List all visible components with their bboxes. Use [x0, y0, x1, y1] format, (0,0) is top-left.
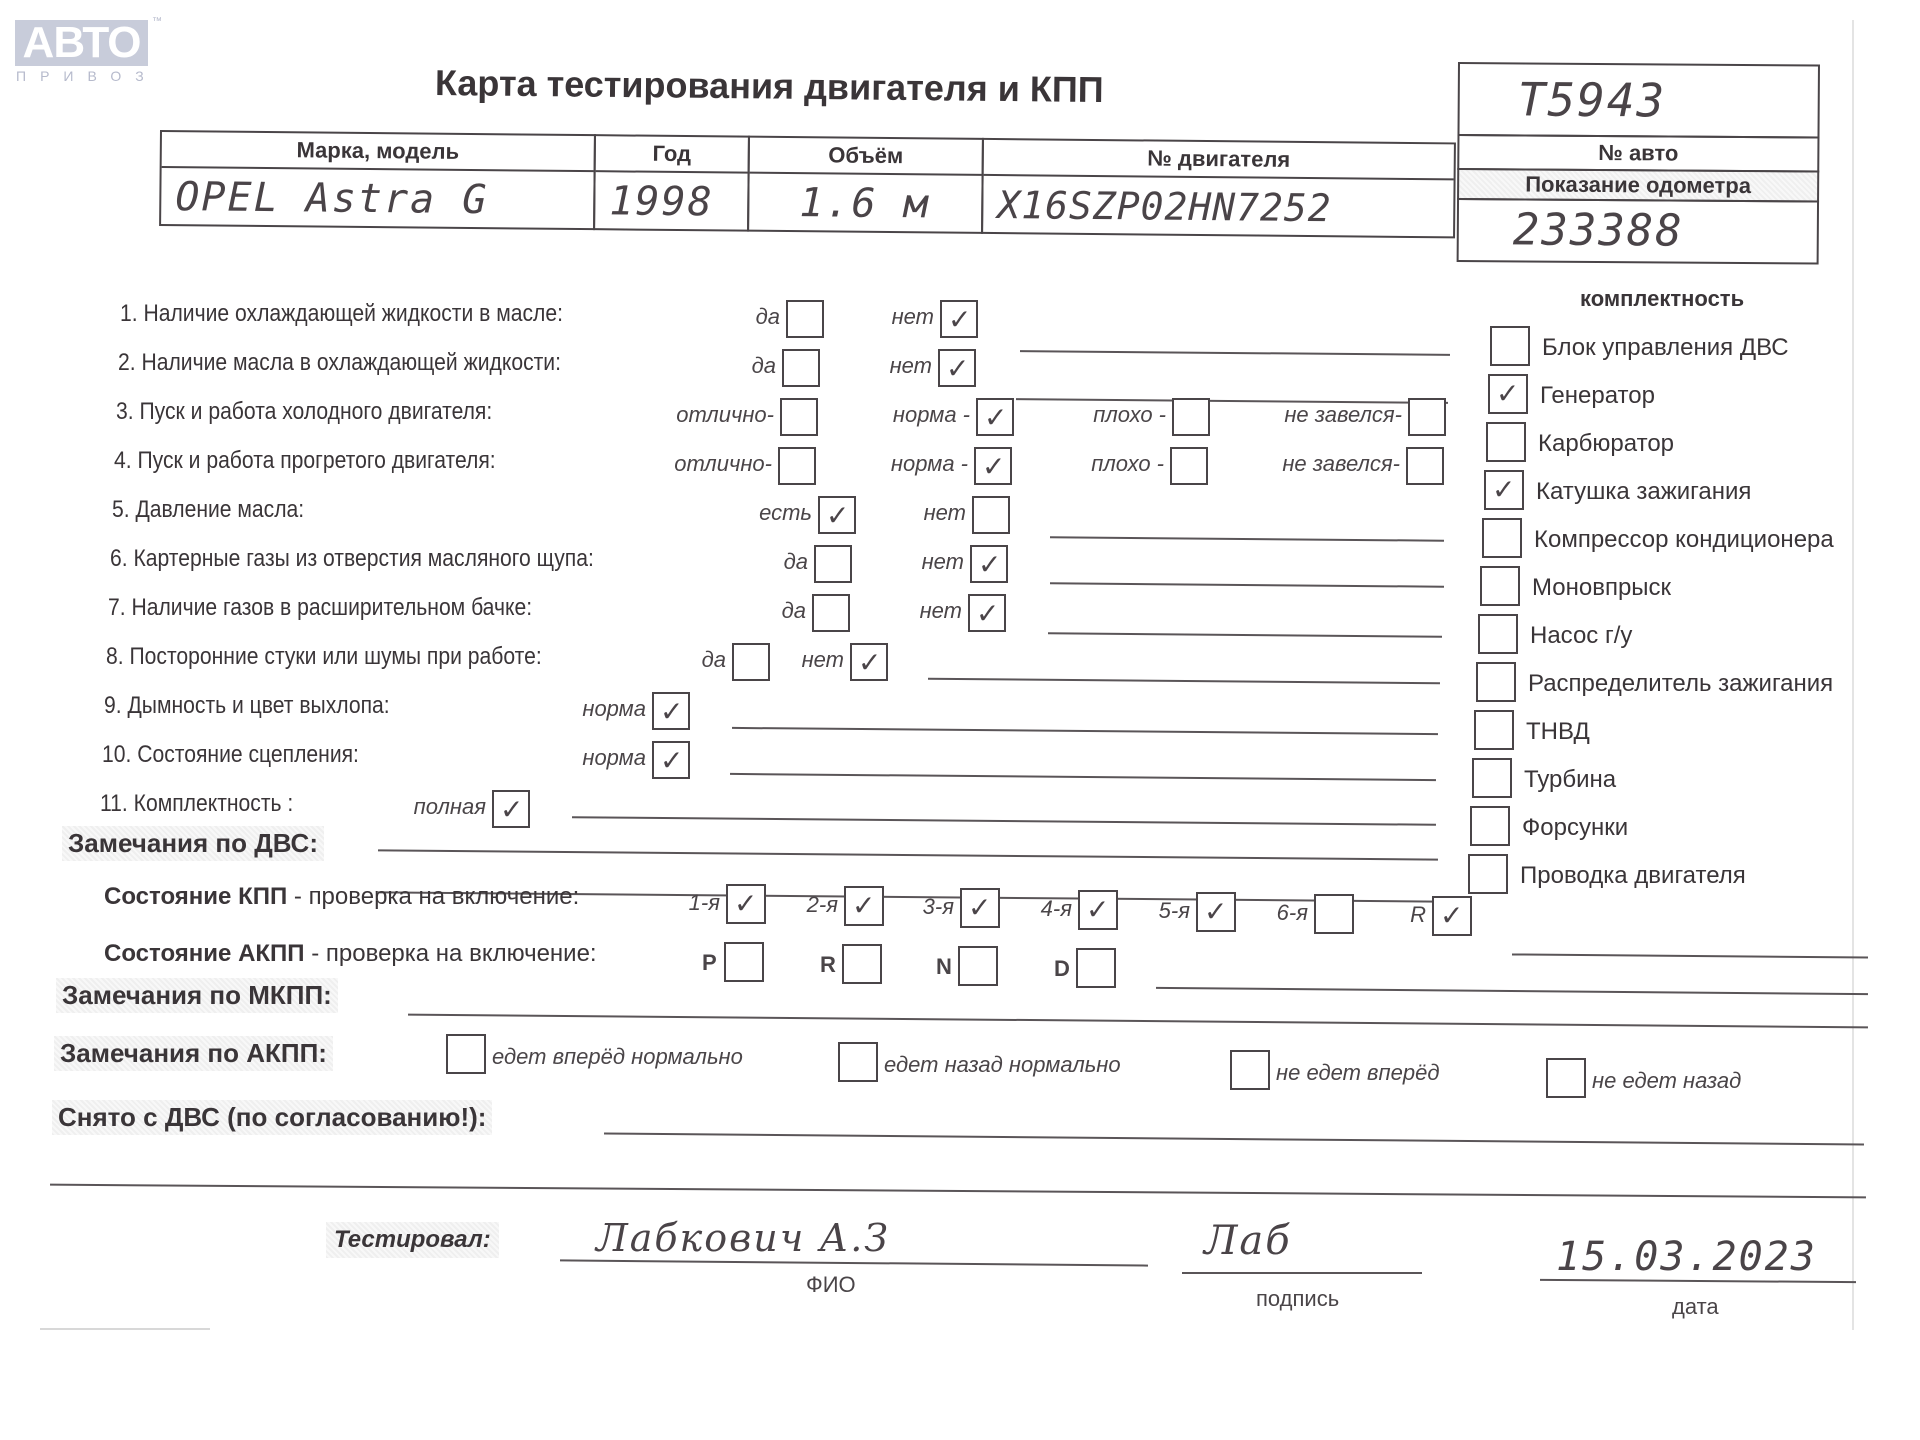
- tester-signature[interactable]: Лаб: [1204, 1218, 1292, 1264]
- question-6-option-1-label: да: [658, 549, 808, 575]
- completeness-9-label: ТНВД: [1526, 718, 1590, 746]
- akpp-d-label: D: [1054, 956, 1070, 982]
- question-5-option-1-label: есть: [662, 500, 812, 526]
- completeness-title: комплектность: [1580, 286, 1744, 312]
- completeness-6-checkbox[interactable]: [1480, 566, 1520, 606]
- question-3-option-4-checkbox[interactable]: [1408, 398, 1446, 436]
- gear-4-label: 4-я: [1012, 896, 1072, 922]
- check-mark-icon: ✓: [1204, 894, 1227, 930]
- logo-trademark: ™: [152, 16, 162, 27]
- question-3-option-3-label: плохо -: [1016, 402, 1166, 428]
- completeness-10-checkbox[interactable]: [1472, 758, 1512, 798]
- question-3-option-4-label: не завелся-: [1252, 402, 1402, 428]
- question-4-option-1-checkbox[interactable]: [778, 447, 816, 485]
- gear-2-checkbox[interactable]: ✓: [844, 886, 884, 926]
- check-mark-icon: ✓: [858, 645, 881, 681]
- date-caption: дата: [1672, 1294, 1719, 1320]
- engine-remarks-label: Замечания по ДВС:: [62, 826, 324, 861]
- question-4-option-4-label: не завелся-: [1250, 451, 1400, 477]
- year-value[interactable]: 1998: [595, 172, 748, 231]
- gear-4-checkbox[interactable]: ✓: [1078, 890, 1118, 930]
- completeness-4-checkbox[interactable]: ✓: [1484, 470, 1524, 510]
- question-10-label: 10. Состояние сцепления:: [102, 741, 359, 769]
- tester-name[interactable]: Лабкович А.З: [596, 1216, 890, 1260]
- question-7-label: 7. Наличие газов в расширительном бачке:: [108, 594, 532, 622]
- question-4-option-1-label: отлично-: [622, 451, 772, 477]
- auto-number-label: № авто: [1459, 136, 1817, 170]
- check-mark-icon: ✓: [1496, 376, 1519, 412]
- section-divider: [50, 1184, 1866, 1199]
- akpp-r-label: R: [820, 952, 836, 978]
- gear-5-checkbox[interactable]: ✓: [1196, 892, 1236, 932]
- question-2-option-2-checkbox[interactable]: ✓: [938, 349, 976, 387]
- question-11-option-1-label: полная: [336, 794, 486, 820]
- question-3-option-2-checkbox[interactable]: ✓: [976, 398, 1014, 436]
- odometer-value[interactable]: 233388: [1459, 200, 1817, 262]
- gear-7-checkbox[interactable]: ✓: [1432, 896, 1472, 936]
- question-9-option-1-checkbox[interactable]: ✓: [652, 692, 690, 730]
- auto-gearbox-notes-line[interactable]: [1156, 987, 1868, 995]
- volume-cell: Объём 1.6 м: [747, 136, 984, 234]
- odometer-value-cell: 233388: [1457, 198, 1819, 265]
- completeness-3-label: Карбюратор: [1538, 430, 1674, 458]
- question-3-option-1-checkbox[interactable]: [780, 398, 818, 436]
- signature-caption: подпись: [1256, 1286, 1339, 1312]
- akpp-p-label: P: [702, 950, 717, 976]
- question-7-option-1-label: да: [656, 598, 806, 624]
- question-2-option-1-label: да: [626, 353, 776, 379]
- gear-3-checkbox[interactable]: ✓: [960, 888, 1000, 928]
- question-1-label: 1. Наличие охлаждающей жидкости в масле:: [120, 300, 563, 328]
- question-7-option-2-label: нет: [812, 598, 962, 624]
- akpp-d-checkbox[interactable]: [1076, 948, 1116, 988]
- gear-5-label: 5-я: [1130, 898, 1190, 924]
- completeness-5-checkbox[interactable]: [1482, 518, 1522, 558]
- gear-1-checkbox[interactable]: ✓: [726, 884, 766, 924]
- akpp-remark-2-label: едет назад нормально: [884, 1052, 1121, 1078]
- question-4-option-2-checkbox[interactable]: ✓: [974, 447, 1012, 485]
- check-mark-icon: ✓: [1492, 472, 1515, 508]
- completeness-4-label: Катушка зажигания: [1536, 478, 1751, 506]
- manual-gearbox-label: Состояние КПП - проверка на включение:: [104, 883, 579, 911]
- completeness-11-label: Форсунки: [1522, 814, 1628, 842]
- completeness-1-label: Блок управления ДВС: [1542, 334, 1789, 362]
- akpp-r-checkbox[interactable]: [842, 944, 882, 984]
- volume-value[interactable]: 1.6 м: [749, 174, 982, 234]
- question-5-option-2-label: нет: [816, 500, 966, 526]
- question-7-option-2-checkbox[interactable]: ✓: [968, 594, 1006, 632]
- question-11-label: 11. Комплектность :: [100, 790, 293, 818]
- completeness-10-label: Турбина: [1524, 766, 1616, 794]
- gear-6-label: 6-я: [1248, 900, 1308, 926]
- manual-gearbox-notes-line[interactable]: [1512, 953, 1868, 958]
- vehicle-info-table: Марка, модель OPEL Astra G Год 1998 Объё…: [159, 130, 1456, 238]
- auto-odometer-box: T5943 № авто Показание одометра 233388: [1457, 62, 1820, 275]
- completeness-9-checkbox[interactable]: [1474, 710, 1514, 750]
- question-6-option-2-label: нет: [814, 549, 964, 575]
- question-5-label: 5. Давление масла:: [112, 496, 304, 524]
- auto-gearbox-label-rest: - проверка на включение:: [305, 940, 597, 967]
- make-model-value[interactable]: OPEL Astra G: [161, 168, 594, 230]
- completeness-12-checkbox[interactable]: [1468, 854, 1508, 894]
- name-caption: ФИО: [806, 1272, 856, 1298]
- check-mark-icon: ✓: [852, 888, 875, 924]
- question-10-notes-line[interactable]: [730, 773, 1436, 781]
- logo-text: АВТО: [23, 18, 141, 67]
- gear-7-label: R: [1366, 902, 1426, 928]
- check-mark-icon: ✓: [948, 302, 971, 338]
- question-4-option-3-checkbox[interactable]: [1170, 447, 1208, 485]
- question-6-option-2-checkbox[interactable]: ✓: [970, 545, 1008, 583]
- akpp-remark-2-checkbox[interactable]: [838, 1042, 878, 1082]
- question-3-option-2-label: норма -: [820, 402, 970, 428]
- question-5-option-2-checkbox[interactable]: [972, 496, 1010, 534]
- check-mark-icon: ✓: [734, 886, 757, 922]
- question-11-option-1-checkbox[interactable]: ✓: [492, 790, 530, 828]
- completeness-5-label: Компрессор кондиционера: [1534, 526, 1834, 554]
- removed-label: Снято с ДВС (по согласованию!):: [52, 1100, 492, 1135]
- year-header: Год: [596, 136, 748, 173]
- tested-by-label: Тестировал:: [326, 1222, 499, 1258]
- document-title: Карта тестирования двигателя и КПП: [435, 62, 1104, 111]
- check-mark-icon: ✓: [660, 743, 683, 779]
- question-4-option-3-label: плохо -: [1014, 451, 1164, 477]
- question-6-label: 6. Картерные газы из отверстия масляного…: [110, 545, 594, 573]
- manual-remarks-input[interactable]: [408, 1014, 1868, 1029]
- completeness-7-label: Насос г/у: [1530, 622, 1632, 650]
- completeness-2-checkbox[interactable]: ✓: [1488, 374, 1528, 414]
- manual-remarks-label: Замечания по МКПП:: [56, 978, 338, 1013]
- check-mark-icon: ✓: [1086, 892, 1109, 928]
- engine-number-cell: № двигателя X16SZP02HN7252: [981, 138, 1456, 239]
- completeness-8-label: Распределитель зажигания: [1528, 670, 1833, 698]
- question-3-option-3-checkbox[interactable]: [1172, 398, 1210, 436]
- question-4-label: 4. Пуск и работа прогретого двигателя:: [114, 447, 496, 475]
- check-mark-icon: ✓: [968, 890, 991, 926]
- engine-number-header: № двигателя: [984, 140, 1454, 181]
- gear-1-label: 1-я: [660, 890, 720, 916]
- make-model-header: Марка, модель: [162, 132, 594, 172]
- question-5-notes-line[interactable]: [1050, 536, 1444, 541]
- question-7-notes-line[interactable]: [1048, 632, 1442, 637]
- question-8-option-2-checkbox[interactable]: ✓: [850, 643, 888, 681]
- akpp-remark-4-checkbox[interactable]: [1546, 1058, 1586, 1098]
- question-6-notes-line[interactable]: [1050, 582, 1444, 587]
- auto-number-value[interactable]: T5943: [1459, 64, 1817, 136]
- question-1-option-1-label: да: [630, 304, 780, 330]
- akpp-remark-1-label: едет вперёд нормально: [492, 1044, 743, 1070]
- question-9-label: 9. Дымность и цвет выхлопа:: [104, 692, 390, 720]
- question-3-label: 3. Пуск и работа холодного двигателя:: [116, 398, 492, 426]
- question-10-option-1-label: норма: [496, 745, 646, 771]
- odometer-label: Показание одометра: [1459, 170, 1817, 200]
- engine-remarks-input[interactable]: [378, 849, 1438, 860]
- check-mark-icon: ✓: [982, 449, 1005, 485]
- gear-6-checkbox[interactable]: [1314, 894, 1354, 934]
- make-model-cell: Марка, модель OPEL Astra G: [159, 130, 596, 230]
- question-1-option-2-checkbox[interactable]: ✓: [940, 300, 978, 338]
- question-1-notes-line[interactable]: [1020, 350, 1450, 356]
- engine-number-value[interactable]: X16SZP02HN7252: [983, 176, 1454, 239]
- page-edge-bottom: [40, 1328, 210, 1330]
- question-9-option-1-label: норма: [496, 696, 646, 722]
- akpp-remark-3-label: не едет вперёд: [1276, 1060, 1440, 1086]
- check-mark-icon: ✓: [976, 596, 999, 632]
- completeness-6-label: Моновпрыск: [1532, 574, 1671, 602]
- auto-remarks-label: Замечания по АКПП:: [54, 1036, 333, 1071]
- akpp-p-checkbox[interactable]: [724, 942, 764, 982]
- manual-gearbox-label-rest: - проверка на включение:: [287, 883, 579, 910]
- signature-line: [1182, 1272, 1422, 1274]
- check-mark-icon: ✓: [500, 792, 523, 828]
- auto-gearbox-label-bold: Состояние АКПП: [104, 940, 305, 967]
- odometer-label-cell: Показание одометра: [1457, 168, 1819, 203]
- tester-name-line: [560, 1259, 1148, 1266]
- completeness-8-checkbox[interactable]: [1476, 662, 1516, 702]
- test-date[interactable]: 15.03.2023: [1556, 1234, 1817, 1280]
- page-edge: [1852, 20, 1854, 1330]
- akpp-remark-1-checkbox[interactable]: [446, 1034, 486, 1074]
- completeness-1-checkbox[interactable]: [1490, 326, 1530, 366]
- completeness-7-checkbox[interactable]: [1478, 614, 1518, 654]
- check-mark-icon: ✓: [660, 694, 683, 730]
- akpp-remark-3-checkbox[interactable]: [1230, 1050, 1270, 1090]
- gear-2-label: 2-я: [778, 892, 838, 918]
- year-cell: Год 1998: [593, 134, 750, 231]
- question-2-option-2-label: нет: [782, 353, 932, 379]
- question-1-option-2-label: нет: [784, 304, 934, 330]
- akpp-remark-4-label: не едет назад: [1592, 1068, 1741, 1094]
- check-mark-icon: ✓: [984, 400, 1007, 436]
- manual-gearbox-label-bold: Состояние КПП: [104, 883, 287, 910]
- completeness-2-label: Генератор: [1540, 382, 1655, 410]
- question-8-label: 8. Посторонние стуки или шумы при работе…: [106, 643, 542, 671]
- check-mark-icon: ✓: [1440, 898, 1463, 934]
- akpp-n-label: N: [936, 954, 952, 980]
- akpp-n-checkbox[interactable]: [958, 946, 998, 986]
- question-4-option-4-checkbox[interactable]: [1406, 447, 1444, 485]
- auto-number-cell: T5943: [1457, 62, 1820, 139]
- question-8-notes-line[interactable]: [928, 678, 1440, 684]
- removed-input[interactable]: [604, 1133, 1864, 1146]
- gear-3-label: 3-я: [894, 894, 954, 920]
- completeness-12-label: Проводка двигателя: [1520, 862, 1746, 890]
- auto-number-label-cell: № авто: [1457, 134, 1819, 173]
- question-9-notes-line[interactable]: [732, 727, 1438, 735]
- volume-header: Объём: [750, 138, 982, 176]
- question-3-option-1-label: отлично-: [624, 402, 774, 428]
- question-4-option-2-label: норма -: [818, 451, 968, 477]
- logo-subtitle: ПРИВОЗ: [16, 68, 158, 84]
- question-8-option-2-label: нет: [694, 647, 844, 673]
- completeness-11-checkbox[interactable]: [1470, 806, 1510, 846]
- auto-gearbox-label: Состояние АКПП - проверка на включение:: [104, 940, 597, 968]
- question-11-notes-line[interactable]: [572, 816, 1436, 826]
- question-2-label: 2. Наличие масла в охлаждающей жидкости:: [118, 349, 561, 377]
- check-mark-icon: ✓: [978, 547, 1001, 583]
- question-10-option-1-checkbox[interactable]: ✓: [652, 741, 690, 779]
- brand-logo: АВТО: [15, 20, 148, 66]
- completeness-3-checkbox[interactable]: [1486, 422, 1526, 462]
- check-mark-icon: ✓: [946, 351, 969, 387]
